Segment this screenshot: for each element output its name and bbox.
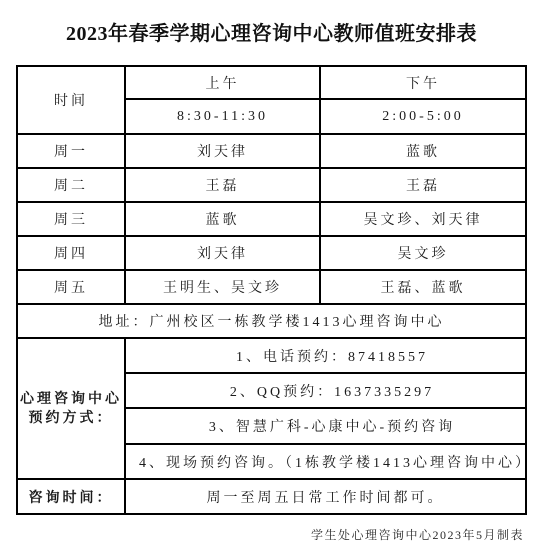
booking-label: 心理咨询中心 预约方式： bbox=[17, 338, 125, 479]
day-label: 周四 bbox=[17, 236, 125, 270]
afternoon-duty: 吴文珍、刘天律 bbox=[320, 202, 526, 236]
booking-method-phone: 1、电话预约：87418557 bbox=[125, 338, 526, 373]
booking-label-line2: 预约方式： bbox=[18, 409, 124, 428]
consult-time-row: 咨询时间： 周一至周五日常工作时间都可。 bbox=[17, 479, 526, 514]
consult-time-label: 咨询时间： bbox=[17, 479, 125, 514]
header-row-1: 时间 上午 下午 bbox=[17, 66, 526, 99]
table-row-thursday: 周四 刘天律 吴文珍 bbox=[17, 236, 526, 270]
address-cell: 地址：广州校区一栋教学楼1413心理咨询中心 bbox=[17, 304, 526, 338]
header-afternoon-label: 下午 bbox=[320, 66, 526, 99]
header-morning-label: 上午 bbox=[125, 66, 320, 99]
table-row-tuesday: 周二 王磊 王磊 bbox=[17, 168, 526, 202]
header-time-label: 时间 bbox=[17, 66, 125, 134]
afternoon-duty: 王磊、蓝歌 bbox=[320, 270, 526, 304]
afternoon-hours: 2:00-5:00 bbox=[320, 99, 526, 134]
afternoon-duty: 蓝歌 bbox=[320, 134, 526, 168]
page-title: 2023年春季学期心理咨询中心教师值班安排表 bbox=[0, 17, 543, 46]
address-row: 地址：广州校区一栋教学楼1413心理咨询中心 bbox=[17, 304, 526, 338]
day-label: 周三 bbox=[17, 202, 125, 236]
booking-method-qq: 2、QQ预约：1637335297 bbox=[125, 373, 526, 408]
booking-method-onsite: 4、现场预约咨询。（1栋教学楼1413心理咨询中心） bbox=[125, 444, 526, 479]
day-label: 周一 bbox=[17, 134, 125, 168]
morning-duty: 刘天律 bbox=[125, 134, 320, 168]
table-row-wednesday: 周三 蓝歌 吴文珍、刘天律 bbox=[17, 202, 526, 236]
afternoon-duty: 吴文珍 bbox=[320, 236, 526, 270]
duty-schedule-table: 时间 上午 下午 8:30-11:30 2:00-5:00 周一 刘天律 蓝歌 … bbox=[16, 65, 527, 515]
day-label: 周二 bbox=[17, 168, 125, 202]
booking-label-line1: 心理咨询中心 bbox=[18, 390, 124, 409]
morning-duty: 王磊 bbox=[125, 168, 320, 202]
booking-method-app: 3、智慧广科-心康中心-预约咨询 bbox=[125, 408, 526, 444]
afternoon-duty: 王磊 bbox=[320, 168, 526, 202]
morning-hours: 8:30-11:30 bbox=[125, 99, 320, 134]
table-row-friday: 周五 王明生、吴文珍 王磊、蓝歌 bbox=[17, 270, 526, 304]
table-row-monday: 周一 刘天律 蓝歌 bbox=[17, 134, 526, 168]
morning-duty: 刘天律 bbox=[125, 236, 320, 270]
booking-row-1: 心理咨询中心 预约方式： 1、电话预约：87418557 bbox=[17, 338, 526, 373]
day-label: 周五 bbox=[17, 270, 125, 304]
morning-duty: 蓝歌 bbox=[125, 202, 320, 236]
morning-duty: 王明生、吴文珍 bbox=[125, 270, 320, 304]
footer-credit: 学生处心理咨询中心2023年5月制表 bbox=[311, 526, 524, 543]
consult-time-value: 周一至周五日常工作时间都可。 bbox=[125, 479, 526, 514]
